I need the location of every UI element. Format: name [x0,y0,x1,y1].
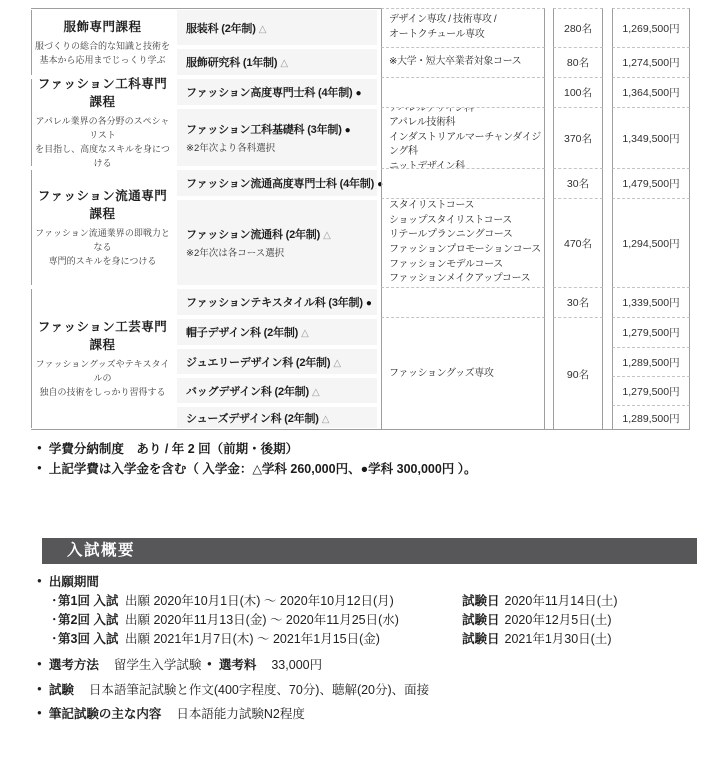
page: 服飾専門課程服づくりの総合的な知識と技術を 基本から応用までじっくり学ぶファッシ… [0,0,724,768]
category-cell: ファッション工科専門課程アパレル業界の各分野のスペシャリスト を目指し、高度なス… [31,79,173,166]
bullet-icon: ● [37,463,42,472]
item-value: 日本語筆記試験と作文(400字程度、70分)、聴解(20分)、面接 [89,680,429,698]
department-cell: ファッション工科基礎科 (3年制)●※2年次より各科選択 [177,109,377,166]
capacity-cell: 370名 [553,107,603,168]
department-cell: 帽子デザイン科 (2年制)△ [177,319,377,345]
bullet-icon: ● [37,659,42,668]
department-name-text: ファッション流通科 (2年制) [186,229,320,241]
admission-round: ・ 第2回 入試 出願 2020年11月13日(金) ～ 2020年11月25日… [48,609,697,628]
fee-cell: 1,289,500円 [612,405,690,430]
fee-cell: 1,269,500円 [612,8,690,47]
department-name-text: ファッション流通高度専門士科 (4年制) [186,178,374,190]
filled-circle-mark-icon: ● [345,125,351,136]
item-label: 試験 [49,680,74,698]
selection-row: ● 選考方法 留学生入学試験 ● 選考料 33,000円 [37,654,697,674]
triangle-mark-icon: △ [312,387,320,398]
note-text: 学費分納制度 あり / 年 2 回（前期・後期） [49,439,298,457]
category-title: ファッション工芸専門課程 [32,317,173,353]
exam-date-label: 試験日 [462,629,500,647]
filled-circle-mark-icon: ● [366,298,372,309]
bullet-icon: ● [37,576,42,585]
department-name: 帽子デザイン科 (2年制)△ [186,324,377,340]
table-top-border [31,8,381,9]
specialization-cell [381,287,545,317]
department-cell: ジュエリーデザイン科 (2年制)△ [177,349,377,374]
category-title: ファッション流通専門課程 [32,186,173,222]
selection-fee: ● 選考料 33,000円 [207,655,322,673]
department-name: シューズデザイン科 (2年制)△ [186,410,377,426]
triangle-mark-icon: △ [280,58,288,69]
note-text: 上記学費は入学金を含む（ 入学金：△学科 260,000円、●学科 300,00… [49,459,477,477]
category-title: ファッション工科専門課程 [32,74,173,110]
department-note: ※2年次より各科選択 [186,140,377,154]
tuition-table: 服飾専門課程服づくりの総合的な知識と技術を 基本から応用までじっくり学ぶファッシ… [31,8,690,430]
round-apply-period: 出願 2020年10月1日(木) ～ 2020年10月12日(月) [125,591,462,609]
department-name-text: シューズデザイン科 (2年制) [186,413,319,425]
admission-heading-bar: 入試概要 [42,538,697,564]
triangle-mark-icon: △ [333,358,341,369]
sub-bullet-icon: ・ [48,610,58,628]
sub-bullet-icon: ・ [48,629,58,647]
department-cell: バッグデザイン科 (2年制)△ [177,378,377,403]
bullet-icon: ● [207,659,212,668]
sub-bullet-icon: ・ [48,591,58,609]
department-name: 服装科 (2年制)△ [186,20,377,36]
department-name: 服飾研究科 (1年制)△ [186,54,377,70]
department-cell: シューズデザイン科 (2年制)△ [177,407,377,428]
department-cell: ファッションテキスタイル科 (3年制)● [177,289,377,315]
triangle-mark-icon: △ [323,230,331,241]
department-name-text: 服飾研究科 (1年制) [186,57,277,69]
fee-cell: 1,289,500円 [612,347,690,376]
exam-date: 2020年11月14日(土) [505,591,618,609]
fee-cell: 1,274,500円 [612,47,690,77]
admission-round: ・ 第3回 入試 出願 2021年1月7日(木) ～ 2021年1月15日(金)… [48,628,697,647]
item-label: 選考方法 [49,655,99,673]
capacity-cell: 470名 [553,198,603,287]
application-period-label: 出願期間 [49,572,99,590]
department-name-text: バッグデザイン科 (2年制) [186,386,309,398]
fee-cell: 1,294,500円 [612,198,690,287]
department-name-text: 帽子デザイン科 (2年制) [186,327,298,339]
round-apply-period: 出願 2021年1月7日(木) ～ 2021年1月15日(金) [125,629,462,647]
fee-cell: 1,349,500円 [612,107,690,168]
specialization-cell [381,77,545,107]
exam-date-label: 試験日 [462,591,500,609]
round-name: 第1回 入試 [58,591,125,609]
department-cell: ファッション流通高度専門士科 (4年制)● [177,170,377,196]
specialization-cell [381,168,545,198]
item-value: 33,000円 [271,655,322,673]
department-cell: 服飾研究科 (1年制)△ [177,49,377,75]
capacity-cell: 100名 [553,77,603,107]
department-cell: 服装科 (2年制)△ [177,10,377,45]
exam-date: 2020年12月5日(土) [505,610,612,628]
department-cell: ファッション高度専門士科 (4年制)● [177,79,377,105]
category-title: 服飾専門課程 [63,17,141,35]
selection-method: ● 選考方法 留学生入学試験 [37,655,207,673]
department-name: ジュエリーデザイン科 (2年制)△ [186,354,377,370]
capacity-cell: 280名 [553,8,603,47]
department-name-text: ファッション高度専門士科 (4年制) [186,87,352,99]
fee-cell: 1,364,500円 [612,77,690,107]
fee-cell: 1,479,500円 [612,168,690,198]
department-cell: ファッション流通科 (2年制)△※2年次は各コース選択 [177,200,377,285]
admission-heading: 入試概要 [67,542,135,559]
department-name: ファッション工科基礎科 (3年制)● [186,121,377,137]
category-cell: 服飾専門課程服づくりの総合的な知識と技術を 基本から応用までじっくり学ぶ [31,10,173,75]
specialization-cell: アパレルデザイン科 アパレル技術科 インダストリアルマーチャンダイジング科 ニッ… [381,107,545,168]
round-apply-period: 出願 2020年11月13日(金) ～ 2020年11月25日(水) [125,610,462,628]
fee-cell: 1,339,500円 [612,287,690,317]
department-note: ※2年次は各コース選択 [186,245,377,259]
item-value: 日本語能力試験N2程度 [176,704,304,722]
category-description: 服づくりの総合的な知識と技術を 基本から応用までじっくり学ぶ [35,40,170,68]
filled-circle-mark-icon: ● [355,88,361,99]
capacity-cell: 30名 [553,168,603,198]
department-name: ファッション流通科 (2年制)△ [186,226,377,242]
department-name-text: 服装科 (2年制) [186,23,256,35]
written-exam-row: ● 筆記試験の主な内容 日本語能力試験N2程度 [37,703,697,723]
category-description: ファッション流通業界の即戦力となる 専門的スキルを身につける [32,227,173,269]
item-label: 筆記試験の主な内容 [49,704,162,722]
category-description: ファッショングッズやテキスタイルの 独自の技術をしっかり習得する [32,358,173,400]
specialization-cell-merged: ファッショングッズ専攻 [381,317,545,430]
fee-cell: 1,279,500円 [612,376,690,405]
note-line: ● 上記学費は入学金を含む（ 入学金：△学科 260,000円、●学科 300,… [37,458,477,478]
item-label: 選考料 [219,655,257,673]
bullet-icon: ● [37,708,42,717]
admission-body: ● 出願期間 ・ 第1回 入試 出願 2020年10月1日(木) ～ 2020年… [37,572,697,723]
round-name: 第3回 入試 [58,629,125,647]
bullet-icon: ● [37,443,42,452]
exam-date: 2021年1月30日(土) [505,629,612,647]
department-name-text: ファッション工科基礎科 (3年制) [186,124,342,136]
specialization-cell: ※大学・短大卒業者対象コース [381,47,545,77]
item-value: 留学生入学試験 [114,655,202,673]
specialization-cell: スタイリストコース ショップスタイリストコース リテールプランニングコース ファ… [381,198,545,287]
note-line: ● 学費分納制度 あり / 年 2 回（前期・後期） [37,438,477,458]
fee-cell: 1,279,500円 [612,317,690,347]
table-bottom-border [31,429,690,430]
bullet-icon: ● [37,684,42,693]
category-cell: ファッション流通専門課程ファッション流通業界の即戦力となる 専門的スキルを身につ… [31,170,173,285]
exam-date-label: 試験日 [462,610,500,628]
capacity-cell-merged: 90名 [553,317,603,430]
triangle-mark-icon: △ [301,328,309,339]
triangle-mark-icon: △ [259,24,267,35]
department-name: ファッションテキスタイル科 (3年制)● [186,294,377,310]
department-name: バッグデザイン科 (2年制)△ [186,383,377,399]
department-name: ファッション高度専門士科 (4年制)● [186,84,377,100]
category-cell: ファッション工芸専門課程ファッショングッズやテキスタイルの 独自の技術をしっかり… [31,289,173,428]
category-description: アパレル業界の各分野のスペシャリスト を目指し、高度なスキルを身につける [32,115,173,171]
specialization-cell: デザイン専攻 / 技術専攻 / オートクチュール専攻 [381,8,545,47]
department-name: ファッション流通高度専門士科 (4年制)● [186,175,377,191]
capacity-cell: 80名 [553,47,603,77]
exam-content-row: ● 試験 日本語筆記試験と作文(400字程度、70分)、聴解(20分)、面接 [37,679,697,699]
triangle-mark-icon: △ [322,414,330,425]
admission-round: ・ 第1回 入試 出願 2020年10月1日(木) ～ 2020年10月12日(… [48,590,697,609]
application-period-label-row: ● 出願期間 [37,572,697,590]
tuition-notes: ● 学費分納制度 あり / 年 2 回（前期・後期） ● 上記学費は入学金を含む… [37,438,477,478]
department-name-text: ジュエリーデザイン科 (2年制) [186,357,330,369]
round-name: 第2回 入試 [58,610,125,628]
capacity-cell: 30名 [553,287,603,317]
department-name-text: ファッションテキスタイル科 (3年制) [186,297,363,309]
